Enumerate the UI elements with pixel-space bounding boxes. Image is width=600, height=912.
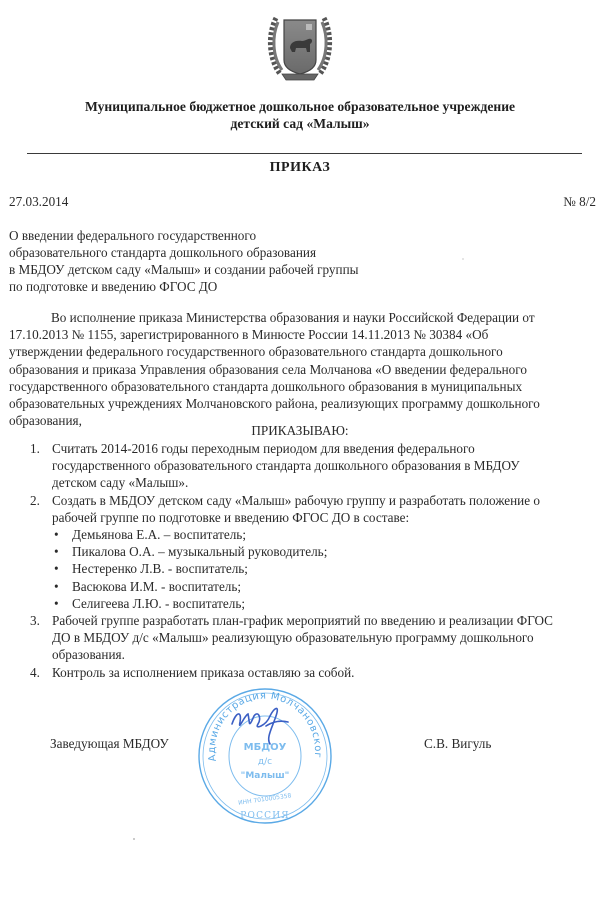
member-item: •Пикалова О.А. – музыкальный руководител… <box>52 543 580 560</box>
preamble-paragraph: Во исполнение приказа Министерства образ… <box>9 309 589 429</box>
item-text-line: Рабочей группе разработать план-график м… <box>52 612 580 629</box>
order-item-3: 3. Рабочей группе разработать план-графи… <box>0 612 580 664</box>
bullet-icon: • <box>54 578 59 595</box>
item-number: 1. <box>30 440 40 457</box>
subject-line: по подготовке и введению ФГОС ДО <box>9 278 217 295</box>
document-title: ПРИКАЗ <box>0 160 600 176</box>
working-group-members: •Демьянова Е.А. – воспитатель; •Пикалова… <box>52 526 580 612</box>
organization-name: Муниципальное бюджетное дошкольное образ… <box>0 98 600 115</box>
coat-of-arms-emblem <box>266 8 334 86</box>
svg-text:ИНН 7010005358: ИНН 7010005358 <box>238 792 292 806</box>
item-text-line: образования. <box>52 646 580 663</box>
subject-line: в МБДОУ детском саду «Малыш» и создании … <box>9 261 359 278</box>
item-text-line: Создать в МБДОУ детском саду «Малыш» раб… <box>52 492 580 509</box>
svg-text:д/с: д/с <box>258 757 272 767</box>
organization-subname: детский сад «Малыш» <box>0 115 600 132</box>
member-item: •Нестеренко Л.В. - воспитатель; <box>52 560 580 577</box>
item-text-line: рабочей группе по подготовке и введению … <box>52 509 580 526</box>
item-text-line: Считать 2014-2016 годы переходным период… <box>52 440 580 457</box>
signatory-role: Заведующая МБДОУ <box>50 736 169 752</box>
order-item-4: 4. Контроль за исполнением приказа остав… <box>0 664 580 681</box>
preamble-line: образования и приказа Управления образов… <box>9 361 589 378</box>
preamble-line: Во исполнение приказа Министерства образ… <box>9 309 589 326</box>
bullet-icon: • <box>54 526 59 543</box>
header-divider <box>27 153 582 154</box>
item-text-line: ДО в МБДОУ д/с «Малыш» реализующую образ… <box>52 629 580 646</box>
item-number: 2. <box>30 492 40 509</box>
preamble-line: образовательных учреждениях Молчановског… <box>9 395 589 412</box>
item-text-line: Контроль за исполнением приказа оставляю… <box>52 664 580 681</box>
member-item: •Демьянова Е.А. – воспитатель; <box>52 526 580 543</box>
item-text-line: государственного образовательного станда… <box>52 457 580 474</box>
subject-line: О введении федерального государственного <box>9 227 256 244</box>
order-verb-heading: ПРИКАЗЫВАЮ: <box>0 423 600 439</box>
preamble-line: 17.10.2013 № 1155, зарегистрированного в… <box>9 326 589 343</box>
order-item-2: 2. Создать в МБДОУ детском саду «Малыш» … <box>0 492 580 612</box>
coat-of-arms-bear-icon <box>266 8 334 86</box>
order-item-1: 1. Считать 2014-2016 годы переходным пер… <box>0 440 580 492</box>
item-number: 4. <box>30 664 40 681</box>
member-item: •Селигеева Л.Ю. - воспитатель; <box>52 595 580 612</box>
svg-text:МБДОУ: МБДОУ <box>244 742 287 753</box>
signatory-name: С.В. Вигуль <box>424 736 491 752</box>
item-text-line: детском саду «Малыш». <box>52 474 580 491</box>
bullet-icon: • <box>54 595 59 612</box>
svg-text:РОССИЯ: РОССИЯ <box>240 811 290 821</box>
document-number: № 8/2 <box>563 194 596 210</box>
subject-line: образовательного стандарта дошкольного о… <box>9 244 316 261</box>
svg-text:"Малыш": "Малыш" <box>241 771 290 781</box>
bullet-icon: • <box>54 543 59 560</box>
scan-speck <box>462 258 464 260</box>
member-item: •Васюкова И.М. - воспитатель; <box>52 578 580 595</box>
scan-speck <box>133 838 135 840</box>
stamp-seal-icon: Администрация Молчановского р-на Томской… <box>196 686 334 826</box>
document-date: 27.03.2014 <box>9 194 68 210</box>
preamble-line: утверждении федерального государственног… <box>9 343 589 360</box>
bullet-icon: • <box>54 560 59 577</box>
order-items-list: 1. Считать 2014-2016 годы переходным пер… <box>0 440 600 681</box>
preamble-line: государственного образовательного станда… <box>9 378 589 395</box>
official-stamp: Администрация Молчановского р-на Томской… <box>196 686 334 826</box>
item-number: 3. <box>30 612 40 629</box>
